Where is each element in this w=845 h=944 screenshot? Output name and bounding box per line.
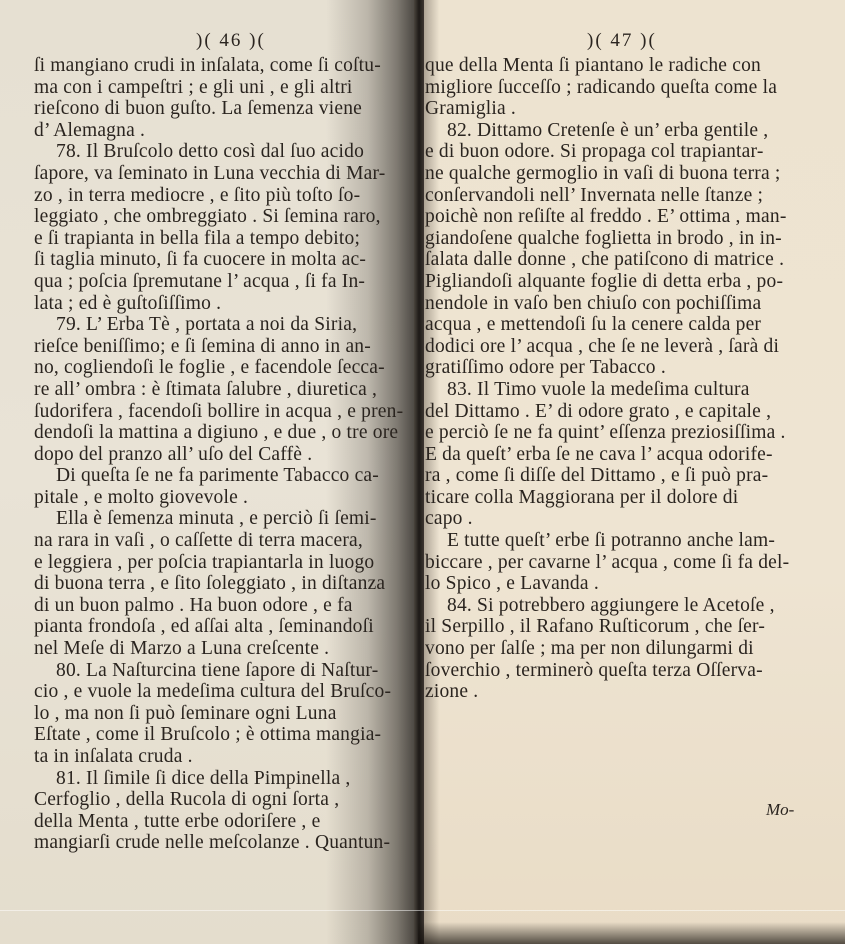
text-line: Pigliandoſi alquante foglie di detta erb… — [425, 271, 829, 293]
text-line: ma con i campeſtri ; e gli uni , e gli a… — [34, 77, 416, 99]
text-line: 78. Il Bruſcolo detto così dal ſuo acido — [34, 141, 438, 163]
text-line: E tutte queſt’ erbe ſi potranno anche la… — [425, 530, 845, 552]
text-line: il Serpillo , il Rafano Ruſticorum , che… — [425, 616, 829, 638]
text-line: Gramiglia . — [425, 98, 829, 120]
text-line: ſalata dalle donne , che patiſcono di ma… — [425, 249, 829, 271]
text-line: lo Spico , e Lavanda . — [425, 573, 829, 595]
text-line: Ella è ſemenza minuta , e perciò ſi ſemi… — [34, 508, 438, 530]
text-line: dopo del pranzo all’ uſo del Caffè . — [34, 444, 416, 466]
page-edge-shadow — [418, 922, 845, 944]
text-line: e di buon odore. Si propaga col trapiant… — [425, 141, 829, 163]
text-line: lo , ma non ſi può ſeminare ogni Luna — [34, 703, 416, 725]
text-line: ta in inſalata cruda . — [34, 746, 416, 768]
text-line: di buona terra , e ſito ſoleggiato , in … — [34, 573, 416, 595]
text-line: del Dittamo . E’ di odore grato , e capi… — [425, 401, 829, 423]
text-line: dodici ore l’ acqua , che ſe ne leverà ,… — [425, 336, 829, 358]
text-line: biccare , per cavarne l’ acqua , come ſi… — [425, 552, 829, 574]
text-line: 81. Il ſimile ſi dice della Pimpinella , — [34, 768, 438, 790]
text-line: pitale , e molto giovevole . — [34, 487, 416, 509]
text-line: Cerfoglio , della Rucola di ogni ſorta , — [34, 789, 416, 811]
page-number-right: )( 47 )( — [587, 30, 657, 52]
text-line: e ſi trapianta in bella fila a tempo deb… — [34, 228, 416, 250]
text-line: vono per ſalſe ; ma per non dilungarmi d… — [425, 638, 829, 660]
text-line: na rara in vaſi , o caſſette di terra ma… — [34, 530, 416, 552]
text-line: ſoverchio , terminerò queſta terza Oſſer… — [425, 660, 829, 682]
text-line: ſi taglia minuto, ſi fa cuocere in molta… — [34, 249, 416, 271]
text-line: acqua , e mettendoſi ſu la cenere calda … — [425, 314, 829, 336]
text-line: ra , come ſi diſſe del Dittamo , e ſi pu… — [425, 465, 829, 487]
text-line: ne qualche germoglio in vaſi di buona te… — [425, 163, 829, 185]
right-page-text: que della Menta ſi piantano le radiche c… — [425, 55, 829, 703]
text-line: ſi mangiano crudi in inſalata, come ſi c… — [34, 55, 416, 77]
text-line: re all’ ombra : è ſtimata ſalubre , diur… — [34, 379, 416, 401]
text-line: 80. La Naſturcina tiene ſapore di Naſtur… — [34, 660, 438, 682]
text-line: e perciò ſe ne fa quint’ eſſenza prezios… — [425, 422, 829, 444]
text-line: d’ Alemagna . — [34, 120, 416, 142]
text-line: no, cogliendoſi le foglie , e facendole … — [34, 357, 416, 379]
text-line: pianta frondoſa , ed aſſai alta , ſemina… — [34, 616, 416, 638]
scan-artifact-line — [0, 910, 845, 911]
text-line: di un buon palmo . Ha buon odore , e fa — [34, 595, 416, 617]
text-line: e leggiera , per poſcia trapiantarla in … — [34, 552, 416, 574]
text-line: cio , e vuole la medeſima cultura del Br… — [34, 681, 416, 703]
text-line: zione . — [425, 681, 829, 703]
text-line: rieſcono di buon guſto. La ſemenza viene — [34, 98, 416, 120]
text-line: qua ; poſcia ſpremutane l’ acqua , ſi fa… — [34, 271, 416, 293]
text-line: migliore ſucceſſo ; radicando queſta com… — [425, 77, 829, 99]
text-line: mangiarſi crude nelle meſcolanze . Quant… — [34, 832, 416, 854]
text-line: 82. Dittamo Cretenſe è un’ erba gentile … — [425, 120, 845, 142]
text-line: giandoſene qualche foglietta in brodo , … — [425, 228, 829, 250]
text-line: poichè non reſiſte al freddo . E’ ottima… — [425, 206, 829, 228]
text-line: E da queſt’ erba ſe ne cava l’ acqua odo… — [425, 444, 829, 466]
book-spread: )( 46 )( )( 47 )( ſi mangiano crudi in i… — [0, 0, 845, 944]
text-line: gratiſſimo odore per Tabacco . — [425, 357, 829, 379]
text-line: leggiato , che ombreggiato . Si ſemina r… — [34, 206, 416, 228]
text-line: lata ; ed è guſtoſiſſimo . — [34, 293, 416, 315]
text-line: zo , in terra mediocre , e ſito più toſt… — [34, 185, 416, 207]
text-line: ſapore, va ſeminato in Luna vecchia di M… — [34, 163, 416, 185]
page-number-left: )( 46 )( — [196, 30, 266, 52]
left-page-text: ſi mangiano crudi in inſalata, come ſi c… — [34, 55, 434, 854]
text-line: que della Menta ſi piantano le radiche c… — [425, 55, 829, 77]
text-line: ſudorifera , facendoſi bollire in acqua … — [34, 401, 416, 423]
text-line: Eſtate , come il Bruſcolo ; è ottima man… — [34, 724, 416, 746]
text-line: 83. Il Timo vuole la medeſima cultura — [425, 379, 845, 401]
text-line: capo . — [425, 508, 829, 530]
text-line: ticare colla Maggiorana per il dolore di — [425, 487, 829, 509]
text-line: nendole in vaſo ben chiuſo con pochiſſim… — [425, 293, 829, 315]
text-line: rieſce beniſſimo; e ſi ſemina di anno in… — [34, 336, 416, 358]
text-line: dendoſi la mattina a digiuno , e due , o… — [34, 422, 416, 444]
text-line: 79. L’ Erba Tè , portata a noi da Siria, — [34, 314, 438, 336]
text-line: conſervandoli nell’ Invernata nelle ſtan… — [425, 185, 829, 207]
text-line: della Menta , tutte erbe odoriſere , e — [34, 811, 416, 833]
catchword: Mo- — [766, 800, 794, 820]
text-line: nel Meſe di Marzo a Luna creſcente . — [34, 638, 416, 660]
text-line: 84. Si potrebbero aggiungere le Acetoſe … — [425, 595, 845, 617]
text-line: Di queſta ſe ne fa parimente Tabacco ca- — [34, 465, 438, 487]
